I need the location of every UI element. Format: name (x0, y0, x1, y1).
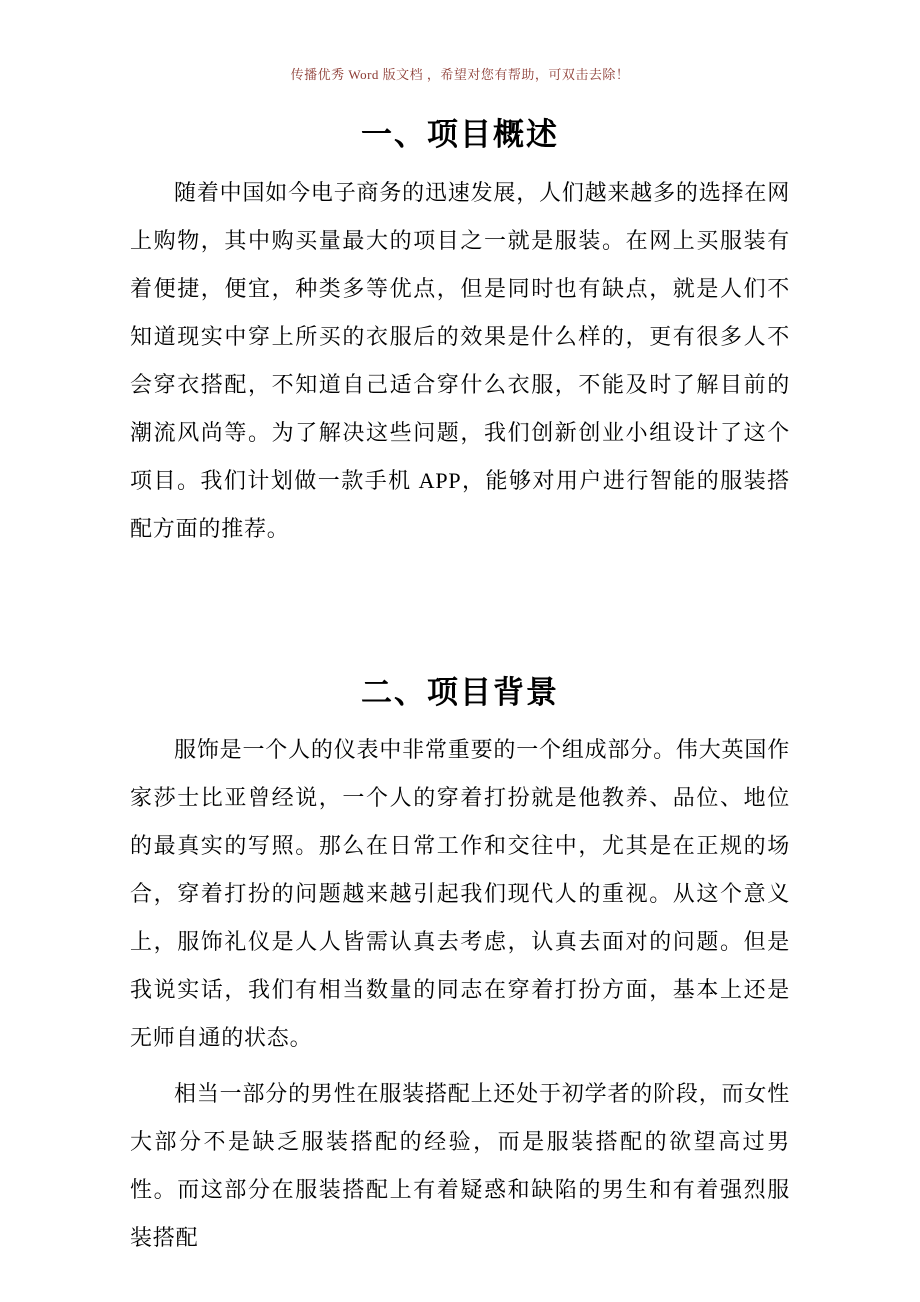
section-2-paragraph-2: 相当一部分的男性在服装搭配上还处于初学者的阶段，而女性大部分不是缺乏服装搭配的经… (130, 1070, 790, 1262)
section-2-heading: 二、项目背景 (0, 673, 920, 713)
section-1-paragraph: 随着中国如今电子商务的迅速发展，人们越来越多的选择在网上购物，其中购买量最大的项… (130, 169, 790, 553)
document-page: 传播优秀 Word 版文档 ，希望对您有帮助，可双击去除！ 一、项目概述 随着中… (0, 0, 920, 1302)
section-1-heading: 一、项目概述 (0, 115, 920, 155)
promo-notice-text[interactable]: 传播优秀 Word 版文档 ，希望对您有帮助，可双击去除！ (0, 0, 920, 83)
section-2-paragraph-1: 服饰是一个人的仪表中非常重要的一个组成部分。伟大英国作家莎士比亚曾经说，一个人的… (130, 726, 790, 1062)
